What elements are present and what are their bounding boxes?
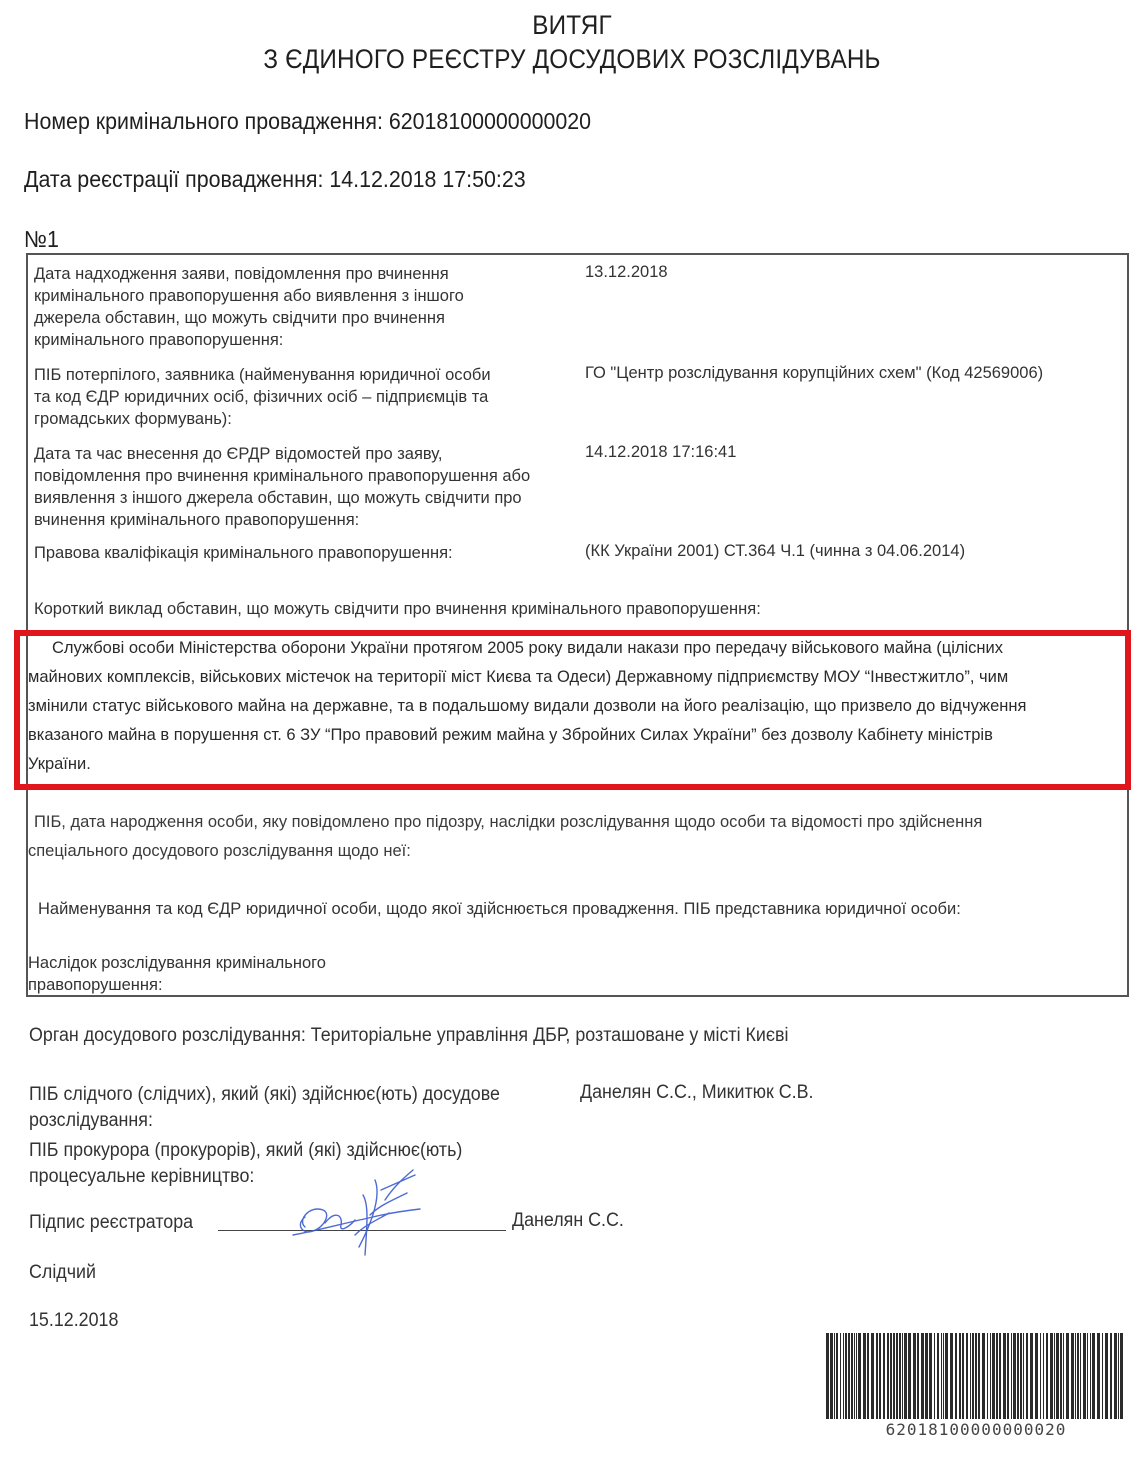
investigators-value: Данелян С.С., Микитюк С.В.	[580, 1082, 814, 1104]
legal-entity-label: Найменування та код ЄДР юридичної особи,…	[38, 898, 961, 920]
row-3-label: Дата та час внесення до ЄРДР відомостей …	[34, 443, 530, 531]
row-2-label: ПІБ потерпілого, заявника (найменування …	[34, 364, 491, 430]
highlight-box	[14, 630, 1131, 790]
barcode-number: 62018100000000020	[826, 1420, 1126, 1439]
record-number: №1	[24, 226, 59, 253]
registration-date-label: Дата реєстрації провадження:	[24, 166, 323, 192]
signature-icon	[285, 1165, 435, 1260]
registration-date: 14.12.2018 17:50:23	[329, 166, 525, 192]
position: Слідчий	[29, 1262, 96, 1284]
row-1-value: 13.12.2018	[585, 263, 668, 282]
signature-label: Підпис реєстратора	[29, 1212, 193, 1234]
document-date: 15.12.2018	[29, 1310, 118, 1332]
row-4-value: (КК України 2001) СТ.364 Ч.1 (чинна з 04…	[585, 542, 965, 561]
document-subtitle: З ЄДИНОГО РЕЄСТРУ ДОСУДОВИХ РОЗСЛІДУВАНЬ	[57, 44, 1087, 75]
investigators-label: ПІБ слідчого (слідчих), який (які) здійс…	[29, 1082, 500, 1134]
case-number-label: Номер кримінального провадження:	[24, 108, 383, 134]
outcome-label: Наслідок розслідування кримінального пра…	[28, 952, 326, 996]
authority-line: Орган досудового розслідування: Територі…	[29, 1025, 788, 1047]
registration-date-line: Дата реєстрації провадження: 14.12.2018 …	[24, 166, 526, 193]
authority-label: Орган досудового розслідування:	[29, 1025, 306, 1046]
summary-label: Короткий виклад обставин, що можуть свід…	[34, 598, 761, 620]
row-2-value: ГО "Центр розслідування корупційних схем…	[585, 364, 1043, 383]
authority-value: Територіальне управління ДБР, розташован…	[311, 1025, 789, 1046]
row-1-label: Дата надходження заяви, повідомлення про…	[34, 263, 464, 351]
row-3-value: 14.12.2018 17:16:41	[585, 443, 736, 462]
barcode-icon	[826, 1333, 1126, 1419]
case-number-line: Номер кримінального провадження: 6201810…	[24, 108, 591, 135]
suspect-label: ПІБ, дата народження особи, яку повідомл…	[34, 808, 982, 866]
registrar-name: Данелян С.С.	[512, 1210, 624, 1232]
document-title: ВИТЯГ	[57, 10, 1087, 41]
case-number: 62018100000000020	[389, 108, 591, 134]
row-4-label: Правова кваліфікація кримінального право…	[34, 542, 453, 564]
